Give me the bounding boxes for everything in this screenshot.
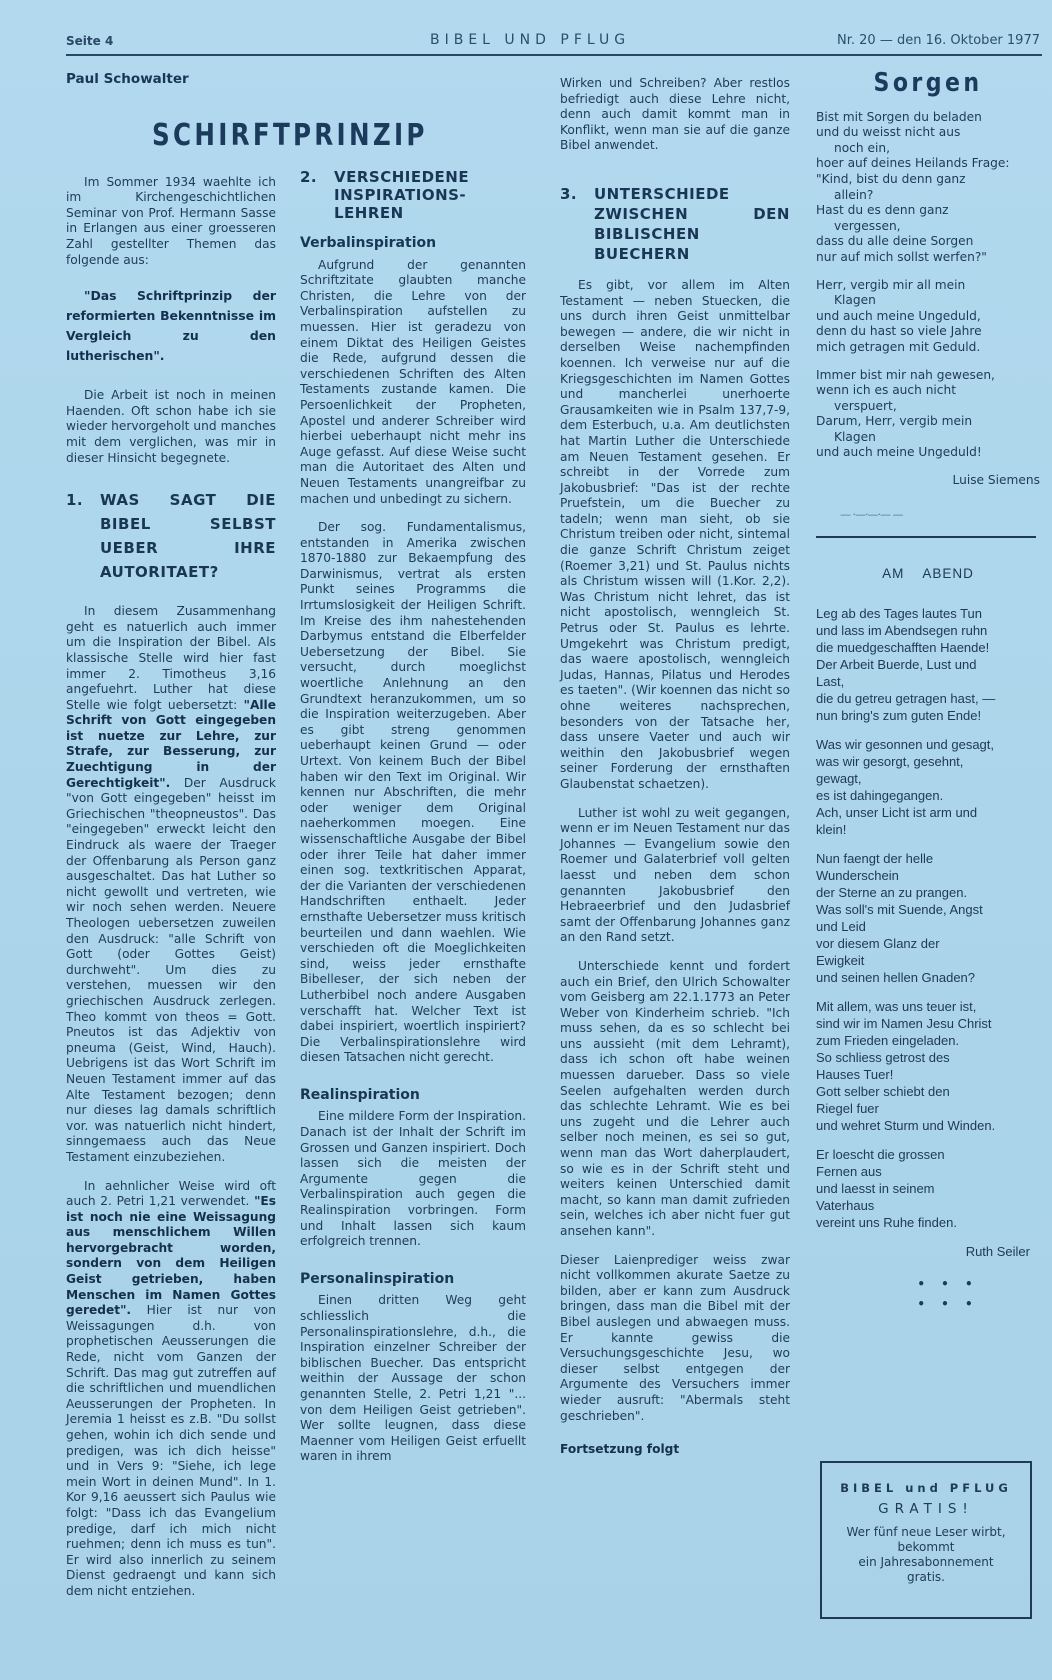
poem-line: Bist mit Sorgen du beladen [816, 110, 1040, 126]
poem-line: Klagen [816, 293, 1040, 309]
poem-line: es ist dahingegangen. [816, 787, 1040, 804]
poem-line: wenn ich es auch nicht [816, 383, 1040, 399]
ornament-dots-1: • • • [856, 1276, 1040, 1292]
poem-stanza: Mit allem, was uns teuer ist,sind wir im… [816, 998, 1040, 1134]
column-3: Wirken und Schreiben? Aber restlos befri… [560, 76, 790, 1471]
page-number: Seite 4 [66, 34, 113, 48]
poem-line: und laesst in seinem [816, 1180, 1040, 1197]
poem-line: nun bring's zum guten Ende! [816, 707, 1040, 724]
newspaper-page: Seite 4 BIBEL UND PFLUG Nr. 20 — den 16.… [0, 0, 1052, 1680]
column-2: 2. VERSCHIEDENE INSPIRATIONS-LEHREN Verb… [300, 72, 526, 1478]
poem-line: und wehret Sturm und Winden. [816, 1117, 1040, 1134]
poem-line: gewagt, [816, 770, 1040, 787]
poem-line: Was wir gesonnen und gesagt, [816, 736, 1040, 753]
poem-line: und auch meine Ungeduld! [816, 445, 1040, 461]
subscription-promo-box: BIBEL und PFLUG GRATIS! Wer fünf neue Le… [820, 1461, 1032, 1619]
poem-line: Riegel fuer [816, 1100, 1040, 1117]
poem-stanza: Herr, vergib mir all meinKlagenund auch … [816, 278, 1040, 356]
poem-line: vereint uns Ruhe finden. [816, 1214, 1040, 1231]
poem-line: Was soll's mit Suende, Angst [816, 901, 1040, 918]
poem-line: und seinen hellen Gnaden? [816, 969, 1040, 986]
poem-line: "Kind, bist du denn ganz [816, 172, 1040, 188]
intro-paragraph-2: Die Arbeit ist noch in meinen Haenden. O… [66, 388, 276, 466]
poem-line: der Sterne an zu prangen. [816, 884, 1040, 901]
header-rule [66, 54, 1042, 56]
poem-line: denn du hast so viele Jahre [816, 324, 1040, 340]
poem-line: Hauses Tuer! [816, 1066, 1040, 1083]
poem-line: mich getragen mit Geduld. [816, 340, 1040, 356]
section-2-heading: 2. VERSCHIEDENE INSPIRATIONS-LEHREN [300, 168, 526, 222]
article-author: Paul Schowalter [66, 72, 276, 88]
poem-line: allein? [816, 188, 1040, 204]
poem-am-abend: Leg ab des Tages lautes Tunund lass im A… [816, 605, 1040, 1231]
poem-line: die muedgeschafften Haende! [816, 639, 1040, 656]
poem-line: Klagen [816, 430, 1040, 446]
page-header: Seite 4 BIBEL UND PFLUG Nr. 20 — den 16.… [66, 28, 1042, 56]
poem-line: Der Arbeit Buerde, Lust und [816, 656, 1040, 673]
poem-line: Mit allem, was uns teuer ist, [816, 998, 1040, 1015]
section-3-paragraph-1: Es gibt, vor allem im Alten Testament — … [560, 278, 790, 793]
poem-line: noch ein, [816, 141, 1040, 157]
poem-line: klein! [816, 821, 1040, 838]
poem-line: Darum, Herr, vergib mein [816, 414, 1040, 430]
poem-sorgen-author: Luise Siemens [816, 473, 1040, 489]
poem-line: und lass im Abendsegen ruhn [816, 622, 1040, 639]
poem-line: und Leid [816, 918, 1040, 935]
verbalinspiration-paragraph-1: Aufgrund der genannten Schriftzitate gla… [300, 258, 526, 508]
continuation-paragraph: Wirken und Schreiben? Aber restlos befri… [560, 76, 790, 154]
poem-sorgen: Bist mit Sorgen du beladenund du weisst … [816, 110, 1040, 461]
continued-note: Fortsetzung folgt [560, 1442, 790, 1458]
thesis-quote: "Das Schriftprinzip der reformierten Bek… [66, 286, 276, 366]
ornament-dots-2: • • • [856, 1296, 1040, 1312]
poem-line: Immer bist mir nah gewesen, [816, 368, 1040, 384]
poem-line: dass du alle deine Sorgen [816, 234, 1040, 250]
poem-stanza: Bist mit Sorgen du beladenund du weisst … [816, 110, 1040, 266]
poem-stanza: Leg ab des Tages lautes Tunund lass im A… [816, 605, 1040, 724]
section-1-paragraph-2: In aehnlicher Weise wird oft auch 2. Pet… [66, 1179, 276, 1600]
poem-line: Leg ab des Tages lautes Tun [816, 605, 1040, 622]
promo-text: Wer fünf neue Leser wirbt, bekommt ein J… [822, 1525, 1030, 1585]
poem-line: Gott selber schiebt den [816, 1083, 1040, 1100]
section-3-paragraph-4: Dieser Laienprediger weiss zwar nicht vo… [560, 1253, 790, 1425]
intro-paragraph: Im Sommer 1934 waehlte ich im Kirchenges… [66, 175, 276, 269]
poem-line: Ach, unser Licht ist arm und [816, 804, 1040, 821]
poem-line: Vaterhaus [816, 1197, 1040, 1214]
poem-line: Fernen aus [816, 1163, 1040, 1180]
poem-stanza: Was wir gesonnen und gesagt,was wir geso… [816, 736, 1040, 838]
column-4: Sorgen Bist mit Sorgen du beladenund du … [816, 76, 1040, 1312]
separator-rule [816, 536, 1036, 538]
poem-line: So schliess getrost des [816, 1049, 1040, 1066]
poem-line: sind wir im Namen Jesu Christ [816, 1015, 1040, 1032]
promo-headline: GRATIS! [822, 1501, 1030, 1517]
separator-dash: — ·—·—·— — [840, 507, 1040, 523]
poem-line: hoer auf deines Heilands Frage: [816, 156, 1040, 172]
personalinspiration-paragraph: Einen dritten Weg geht schliesslich die … [300, 1293, 526, 1465]
poem-stanza: Immer bist mir nah gewesen,wenn ich es a… [816, 368, 1040, 462]
poem-stanza: Er loescht die grossenFernen ausund laes… [816, 1146, 1040, 1231]
poem-line: Ewigkeit [816, 952, 1040, 969]
poem-line: vor diesem Glanz der [816, 935, 1040, 952]
poem-line: nur auf mich sollst werfen?" [816, 250, 1040, 266]
poem-stanza: Nun faengt der helleWunderscheinder Ster… [816, 850, 1040, 986]
poem-line: Last, [816, 673, 1040, 690]
poem-line: Hast du es denn ganz [816, 203, 1040, 219]
poem-line: und auch meine Ungeduld, [816, 309, 1040, 325]
personalinspiration-heading: Personalinspiration [300, 1272, 526, 1288]
realinspiration-heading: Realinspiration [300, 1088, 526, 1104]
poem-sorgen-title: Sorgen [833, 76, 1023, 92]
poem-line: Er loescht die grossen [816, 1146, 1040, 1163]
verbalinspiration-paragraph-2: Der sog. Fundamentalismus, entstanden in… [300, 520, 526, 1066]
poem-line: Nun faengt der helle [816, 850, 1040, 867]
poem-line: die du getreu getragen hast, — [816, 690, 1040, 707]
section-1-paragraph-1: In diesem Zusammenhang geht es natuerlic… [66, 604, 276, 1165]
poem-line: Herr, vergib mir all mein [816, 278, 1040, 294]
poem-line: und du weisst nicht aus [816, 125, 1040, 141]
issue-date: Nr. 20 — den 16. Oktober 1977 [837, 33, 1040, 48]
column-1: Paul Schowalter Im Sommer 1934 waehlte i… [66, 72, 276, 1613]
section-3-paragraph-3: Unterschiede kennt und fordert auch ein … [560, 959, 790, 1240]
publication-name: BIBEL UND PFLUG [430, 32, 630, 48]
poem-am-abend-title: AM ABEND [816, 566, 1040, 582]
poem-line: verspuert, [816, 399, 1040, 415]
promo-publication-name: BIBEL und PFLUG [822, 1481, 1030, 1495]
section-3-heading: 3. UNTERSCHIEDE ZWISCHEN DEN BIBLISCHEN … [560, 184, 790, 264]
poem-line: vergessen, [816, 219, 1040, 235]
realinspiration-paragraph: Eine mildere Form der Inspiration. Danac… [300, 1109, 526, 1249]
poem-am-abend-author: Ruth Seiler [816, 1243, 1040, 1260]
verbalinspiration-heading: Verbalinspiration [300, 236, 526, 252]
poem-line: zum Frieden eingeladen. [816, 1032, 1040, 1049]
section-1-heading: 1. WAS SAGT DIE BIBEL SELBST UEBER IHRE … [66, 488, 276, 584]
poem-line: was wir gesorgt, gesehnt, [816, 753, 1040, 770]
section-3-paragraph-2: Luther ist wohl zu weit gegangen, wenn e… [560, 806, 790, 946]
poem-line: Wunderschein [816, 867, 1040, 884]
